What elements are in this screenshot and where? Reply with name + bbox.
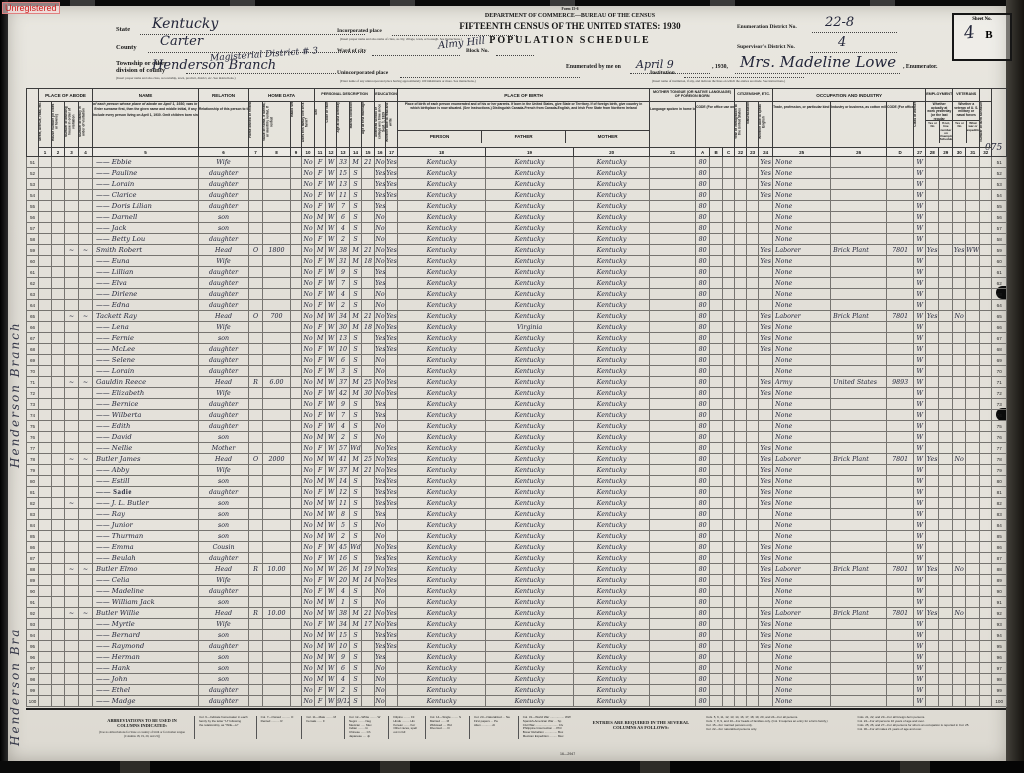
relation: son bbox=[199, 597, 249, 608]
color-race: W bbox=[326, 234, 337, 245]
age-first-marriage: 25 bbox=[362, 377, 375, 388]
house-number bbox=[52, 355, 65, 366]
line-number: 67 bbox=[27, 333, 39, 344]
family-number bbox=[79, 366, 93, 377]
year-immigration bbox=[735, 454, 747, 465]
house-number bbox=[52, 344, 65, 355]
speaks-english: Yes bbox=[759, 619, 773, 630]
radio-set bbox=[291, 674, 302, 685]
line-number-right: 51 bbox=[992, 157, 1007, 168]
read-write bbox=[386, 223, 398, 234]
code-a: 80 bbox=[696, 432, 710, 443]
column-number-21: 21 bbox=[650, 148, 696, 157]
at-work bbox=[926, 256, 939, 267]
birthplace-father: Kentucky bbox=[486, 377, 574, 388]
code-b bbox=[710, 542, 723, 553]
birthplace: Kentucky bbox=[398, 399, 486, 410]
home-value bbox=[263, 212, 291, 223]
color-race: W bbox=[326, 311, 337, 322]
attended-school: Yes bbox=[375, 399, 386, 410]
street bbox=[39, 234, 52, 245]
age: 26 bbox=[337, 564, 350, 575]
farm: No bbox=[302, 366, 315, 377]
radio-set bbox=[291, 256, 302, 267]
farm-schedule bbox=[980, 498, 992, 509]
table-row: 95—— RaymonddaughterNoMW10SYesYesKentuck… bbox=[27, 641, 1007, 652]
line-number: 89 bbox=[27, 575, 39, 586]
code-b bbox=[710, 410, 723, 421]
farm-schedule bbox=[980, 531, 992, 542]
house-number bbox=[52, 421, 65, 432]
home-owned bbox=[249, 542, 263, 553]
veteran bbox=[953, 443, 966, 454]
code-c bbox=[723, 663, 735, 674]
code-b bbox=[710, 597, 723, 608]
birthplace: Kentucky bbox=[398, 454, 486, 465]
relation: son bbox=[199, 333, 249, 344]
line-number: 73 bbox=[27, 399, 39, 410]
radio-set bbox=[291, 179, 302, 190]
veteran bbox=[953, 157, 966, 168]
birthplace-mother: Kentucky bbox=[574, 520, 650, 531]
year-immigration bbox=[735, 421, 747, 432]
unemployment-line bbox=[939, 300, 953, 311]
year-immigration bbox=[735, 542, 747, 553]
sex: F bbox=[315, 696, 326, 707]
birthplace-father: Kentucky bbox=[486, 234, 574, 245]
war bbox=[966, 564, 980, 575]
birthplace-father: Kentucky bbox=[486, 278, 574, 289]
occupation: None bbox=[773, 465, 831, 476]
marital: M bbox=[350, 322, 362, 333]
radio-set bbox=[291, 520, 302, 531]
birthplace: Kentucky bbox=[398, 179, 486, 190]
code-c bbox=[723, 564, 735, 575]
war bbox=[966, 366, 980, 377]
relation: daughter bbox=[199, 641, 249, 652]
unemployment-line bbox=[939, 553, 953, 564]
family-number bbox=[79, 575, 93, 586]
unemployment-line bbox=[939, 663, 953, 674]
dwelling-number bbox=[65, 366, 79, 377]
age: 7 bbox=[337, 278, 350, 289]
veteran bbox=[953, 465, 966, 476]
farm-schedule bbox=[980, 674, 992, 685]
year-immigration bbox=[735, 289, 747, 300]
at-work bbox=[926, 509, 939, 520]
relation: daughter bbox=[199, 421, 249, 432]
family-number bbox=[79, 685, 93, 696]
read-write bbox=[386, 421, 398, 432]
code-c bbox=[723, 421, 735, 432]
description-header-row: Street, avenue, road, etc. House number … bbox=[27, 102, 1007, 148]
code-b bbox=[710, 157, 723, 168]
group-header-row: PLACE OF ABODE NAME RELATION HOME DATA P… bbox=[27, 89, 1007, 102]
line-number-right: 83 bbox=[992, 509, 1007, 520]
worker-class: W bbox=[914, 608, 926, 619]
sex: M bbox=[315, 311, 326, 322]
home-owned bbox=[249, 520, 263, 531]
farm: No bbox=[302, 179, 315, 190]
worker-class: W bbox=[914, 652, 926, 663]
occupation-code bbox=[887, 674, 914, 685]
industry: Brick Plant bbox=[831, 245, 887, 256]
read-write bbox=[386, 289, 398, 300]
line-number: 97 bbox=[27, 663, 39, 674]
col-veteran-yes-no: Yes or No bbox=[953, 121, 966, 143]
home-value bbox=[263, 630, 291, 641]
year-immigration bbox=[735, 344, 747, 355]
veteran: No bbox=[953, 608, 966, 619]
age: 2 bbox=[337, 234, 350, 245]
attended-school: No bbox=[375, 619, 386, 630]
farm: No bbox=[302, 289, 315, 300]
col-read-write: Whether able to read and write bbox=[386, 102, 398, 148]
veteran bbox=[953, 399, 966, 410]
farm-schedule bbox=[980, 179, 992, 190]
line-number: 52 bbox=[27, 168, 39, 179]
mother-tongue bbox=[650, 410, 696, 421]
occupation-code bbox=[887, 432, 914, 443]
occupation: None bbox=[773, 553, 831, 564]
farm-schedule bbox=[980, 597, 992, 608]
attended-school: Yes bbox=[375, 190, 386, 201]
sex: M bbox=[315, 454, 326, 465]
birthplace: Kentucky bbox=[398, 344, 486, 355]
relation: Wife bbox=[199, 619, 249, 630]
occupation-code bbox=[887, 201, 914, 212]
at-work bbox=[926, 388, 939, 399]
table-row: 61—— LilliandaughterNoFW9SYesKentuckyKen… bbox=[27, 267, 1007, 278]
code-a: 80 bbox=[696, 245, 710, 256]
column-number-26: 26 bbox=[831, 148, 887, 157]
code-c bbox=[723, 685, 735, 696]
veteran: No bbox=[953, 564, 966, 575]
read-write: Yes bbox=[386, 322, 398, 333]
radio-set bbox=[291, 432, 302, 443]
col-house-number: House number (in cities or towns) bbox=[52, 102, 65, 148]
year-immigration bbox=[735, 311, 747, 322]
occupation: None bbox=[773, 663, 831, 674]
radio-set bbox=[291, 630, 302, 641]
relation: Wife bbox=[199, 322, 249, 333]
column-number-16: 16 bbox=[375, 148, 386, 157]
speaks-english bbox=[759, 432, 773, 443]
naturalization bbox=[747, 586, 759, 597]
farm: No bbox=[302, 344, 315, 355]
farm-schedule bbox=[980, 696, 992, 707]
war bbox=[966, 234, 980, 245]
year-immigration bbox=[735, 509, 747, 520]
name: —— Lillian bbox=[93, 267, 199, 278]
farm-schedule bbox=[980, 553, 992, 564]
occupation: None bbox=[773, 399, 831, 410]
code-a: 80 bbox=[696, 531, 710, 542]
age: 6 bbox=[337, 212, 350, 223]
worker-class: W bbox=[914, 168, 926, 179]
worker-class: W bbox=[914, 443, 926, 454]
birthplace-father: Kentucky bbox=[486, 410, 574, 421]
naturalization bbox=[747, 355, 759, 366]
code-a: 80 bbox=[696, 564, 710, 575]
table-row: 51—— EbbieWifeNoFW33M21NoYesKentuckyKent… bbox=[27, 157, 1007, 168]
attended-school: No bbox=[375, 212, 386, 223]
relation: son bbox=[199, 531, 249, 542]
code-b bbox=[710, 355, 723, 366]
code-b bbox=[710, 487, 723, 498]
naturalization bbox=[747, 476, 759, 487]
home-value bbox=[263, 531, 291, 542]
war bbox=[966, 267, 980, 278]
sex: M bbox=[315, 245, 326, 256]
war bbox=[966, 355, 980, 366]
dwelling-number: ~ bbox=[65, 454, 79, 465]
abbreviations-title: ABBREVIATIONS TO BE USED IN COLUMNS INDI… bbox=[96, 718, 188, 738]
line-number: 96 bbox=[27, 652, 39, 663]
year-immigration bbox=[735, 410, 747, 421]
color-race: W bbox=[326, 685, 337, 696]
farm-schedule bbox=[980, 487, 992, 498]
naturalization bbox=[747, 443, 759, 454]
column-number-1: 1 bbox=[39, 148, 52, 157]
family-number bbox=[79, 399, 93, 410]
home-value bbox=[263, 443, 291, 454]
industry bbox=[831, 674, 887, 685]
war bbox=[966, 201, 980, 212]
mother-tongue bbox=[650, 520, 696, 531]
age: 6 bbox=[337, 355, 350, 366]
column-number-22: 22 bbox=[735, 148, 747, 157]
home-value bbox=[263, 256, 291, 267]
occupation: None bbox=[773, 432, 831, 443]
year-immigration bbox=[735, 476, 747, 487]
radio-set bbox=[291, 553, 302, 564]
code-b bbox=[710, 267, 723, 278]
name: —— Elva bbox=[93, 278, 199, 289]
family-number: ~ bbox=[79, 377, 93, 388]
relation: daughter bbox=[199, 696, 249, 707]
worker-class: W bbox=[914, 630, 926, 641]
war bbox=[966, 333, 980, 344]
line-number: 79 bbox=[27, 465, 39, 476]
name: Butler James bbox=[93, 454, 199, 465]
dwelling-number bbox=[65, 201, 79, 212]
home-owned bbox=[249, 212, 263, 223]
col-home-value: Value of home, if owned, or monthly rent… bbox=[263, 102, 291, 148]
occupation-code bbox=[887, 487, 914, 498]
age-first-marriage bbox=[362, 586, 375, 597]
relation: daughter bbox=[199, 344, 249, 355]
enumerated-date: April 9 bbox=[636, 58, 674, 71]
code-a: 80 bbox=[696, 267, 710, 278]
name: —— Betty Lou bbox=[93, 234, 199, 245]
code-a: 80 bbox=[696, 234, 710, 245]
code-c bbox=[723, 465, 735, 476]
veteran: No bbox=[953, 311, 966, 322]
age: 37 bbox=[337, 377, 350, 388]
census-table: PLACE OF ABODE NAME RELATION HOME DATA P… bbox=[26, 88, 1007, 707]
sheet-label: Sheet No. bbox=[954, 17, 1010, 22]
veteran bbox=[953, 575, 966, 586]
year-immigration bbox=[735, 333, 747, 344]
age: 4 bbox=[337, 223, 350, 234]
industry bbox=[831, 619, 887, 630]
house-number bbox=[52, 520, 65, 531]
dwelling-number bbox=[65, 685, 79, 696]
farm-schedule bbox=[980, 421, 992, 432]
radio-set bbox=[291, 575, 302, 586]
marital: S bbox=[350, 300, 362, 311]
naturalization bbox=[747, 619, 759, 630]
year-immigration bbox=[735, 245, 747, 256]
speaks-english bbox=[759, 586, 773, 597]
birthplace: Kentucky bbox=[398, 674, 486, 685]
read-write: Yes bbox=[386, 608, 398, 619]
war bbox=[966, 388, 980, 399]
birthplace-mother: Kentucky bbox=[574, 509, 650, 520]
read-write bbox=[386, 267, 398, 278]
unemployment-line bbox=[939, 223, 953, 234]
code-a: 80 bbox=[696, 278, 710, 289]
naturalization bbox=[747, 212, 759, 223]
code-c bbox=[723, 278, 735, 289]
occupation-code bbox=[887, 531, 914, 542]
birthplace-mother: Kentucky bbox=[574, 487, 650, 498]
farm: No bbox=[302, 531, 315, 542]
read-write bbox=[386, 652, 398, 663]
home-value bbox=[263, 157, 291, 168]
worker-class: W bbox=[914, 432, 926, 443]
home-owned bbox=[249, 443, 263, 454]
read-write bbox=[386, 399, 398, 410]
veteran bbox=[953, 256, 966, 267]
occupation-code: 7801 bbox=[887, 245, 914, 256]
at-work bbox=[926, 212, 939, 223]
veteran bbox=[953, 487, 966, 498]
mother-tongue bbox=[650, 674, 696, 685]
color-race: W bbox=[326, 630, 337, 641]
farm-schedule bbox=[980, 410, 992, 421]
code-b bbox=[710, 212, 723, 223]
dwelling-number bbox=[65, 168, 79, 179]
birthplace-father: Kentucky bbox=[486, 476, 574, 487]
home-value bbox=[263, 344, 291, 355]
birthplace-father: Kentucky bbox=[486, 498, 574, 509]
home-value bbox=[263, 168, 291, 179]
home-owned bbox=[249, 190, 263, 201]
home-value: 2000 bbox=[263, 454, 291, 465]
veteran bbox=[953, 366, 966, 377]
home-value bbox=[263, 267, 291, 278]
table-row: 87—— BeulahdaughterNoFW16SYesYesKentucky… bbox=[27, 553, 1007, 564]
family-number bbox=[79, 619, 93, 630]
line-number: 55 bbox=[27, 201, 39, 212]
relation: son bbox=[199, 212, 249, 223]
unemployment-line bbox=[939, 201, 953, 212]
industry bbox=[831, 399, 887, 410]
code-c bbox=[723, 322, 735, 333]
home-value bbox=[263, 674, 291, 685]
war bbox=[966, 399, 980, 410]
dwelling-number bbox=[65, 432, 79, 443]
table-row: 63—— DirlenedaughterNoFW4SNoKentuckyKent… bbox=[27, 289, 1007, 300]
mother-tongue bbox=[650, 641, 696, 652]
read-write: Yes bbox=[386, 564, 398, 575]
home-owned bbox=[249, 333, 263, 344]
naturalization bbox=[747, 399, 759, 410]
sex: F bbox=[315, 234, 326, 245]
code-c bbox=[723, 333, 735, 344]
birthplace: Kentucky bbox=[398, 696, 486, 707]
veteran bbox=[953, 289, 966, 300]
read-write: Yes bbox=[386, 476, 398, 487]
read-write: Yes bbox=[386, 388, 398, 399]
radio-set bbox=[291, 652, 302, 663]
veteran bbox=[953, 421, 966, 432]
line-number-right: 91 bbox=[992, 597, 1007, 608]
war: WW bbox=[966, 245, 980, 256]
street bbox=[39, 542, 52, 553]
marital: S bbox=[350, 278, 362, 289]
margin-script-lower: Henderson Bra bbox=[8, 478, 22, 746]
street bbox=[39, 432, 52, 443]
print-number: 16—2947 bbox=[560, 752, 575, 756]
birthplace-father: Kentucky bbox=[486, 597, 574, 608]
group-relation: RELATION bbox=[199, 89, 249, 102]
marital: S bbox=[350, 696, 362, 707]
attended-school: Yes bbox=[375, 278, 386, 289]
worker-class: W bbox=[914, 619, 926, 630]
veteran bbox=[953, 267, 966, 278]
street bbox=[39, 575, 52, 586]
speaks-english bbox=[759, 531, 773, 542]
code-b bbox=[710, 608, 723, 619]
mother-tongue bbox=[650, 245, 696, 256]
age: 45 bbox=[337, 542, 350, 553]
year-immigration bbox=[735, 377, 747, 388]
table-row: 62—— ElvadaughterNoFW7SYesKentuckyKentuc… bbox=[27, 278, 1007, 289]
farm-schedule bbox=[980, 234, 992, 245]
occupation-code bbox=[887, 619, 914, 630]
group-occupation: OCCUPATION AND INDUSTRY bbox=[773, 89, 926, 102]
farm: No bbox=[302, 696, 315, 707]
line-number: 94 bbox=[27, 630, 39, 641]
attended-school: No bbox=[375, 245, 386, 256]
farm: No bbox=[302, 465, 315, 476]
abbreviation-block: Col. 11—Male ........ MFemale ...... F bbox=[301, 716, 336, 739]
code-b bbox=[710, 201, 723, 212]
war bbox=[966, 542, 980, 553]
age: 4 bbox=[337, 421, 350, 432]
sex: M bbox=[315, 652, 326, 663]
read-write: Yes bbox=[386, 344, 398, 355]
family-number bbox=[79, 531, 93, 542]
speaks-english: Yes bbox=[759, 608, 773, 619]
veteran bbox=[953, 586, 966, 597]
unemployment-line bbox=[939, 366, 953, 377]
war bbox=[966, 487, 980, 498]
speaks-english: Yes bbox=[759, 498, 773, 509]
age: 16 bbox=[337, 553, 350, 564]
industry bbox=[831, 586, 887, 597]
home-value bbox=[263, 586, 291, 597]
birthplace-mother: Kentucky bbox=[574, 278, 650, 289]
home-owned bbox=[249, 278, 263, 289]
naturalization bbox=[747, 223, 759, 234]
worker-class: W bbox=[914, 289, 926, 300]
code-b bbox=[710, 223, 723, 234]
year-immigration bbox=[735, 619, 747, 630]
